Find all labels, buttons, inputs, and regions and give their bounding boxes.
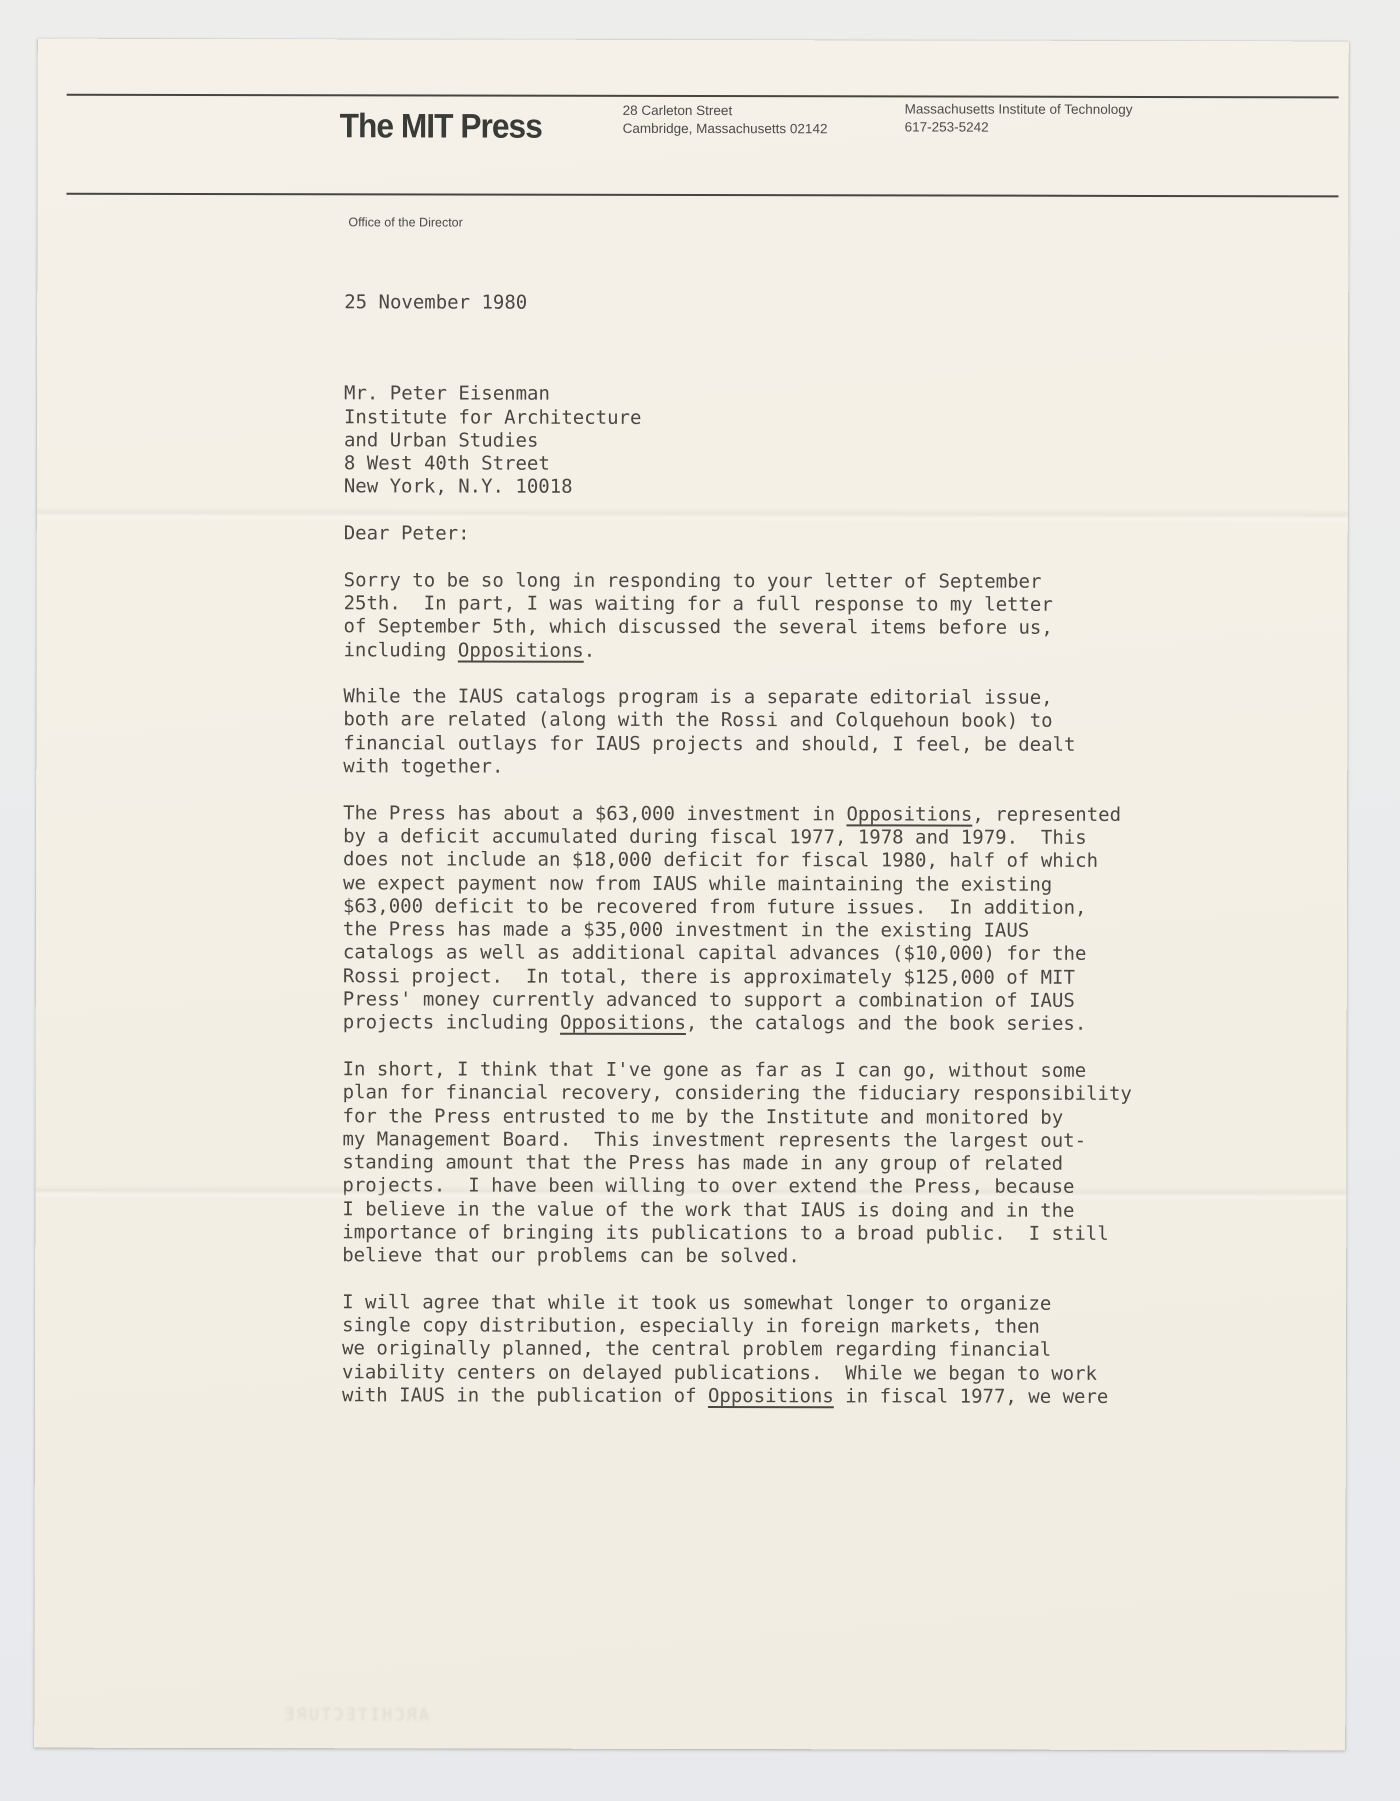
underlined-text: Oppositions xyxy=(458,639,584,661)
body-line: believe that our problems can be solved. xyxy=(342,1245,1131,1270)
body-text: we originally planned, the central probl… xyxy=(342,1338,1051,1361)
body-text: In short, I think that I've gone as far … xyxy=(343,1058,1087,1082)
body-line: Rossi project. In total, there is approx… xyxy=(343,965,1132,990)
body-line: 25th. In part, I was waiting for a full … xyxy=(344,592,1133,617)
body-text: of September 5th, which discussed the se… xyxy=(344,616,1053,639)
body-line: with together. xyxy=(343,755,1132,780)
body-text: $63,000 deficit to be recovered from fut… xyxy=(343,895,1087,919)
underlined-text: Oppositions xyxy=(708,1385,834,1407)
body-line: plan for financial recovery, considering… xyxy=(343,1081,1132,1106)
body-text: including xyxy=(343,639,457,661)
body-text: in fiscal 1977, we were xyxy=(834,1385,1109,1408)
showthrough-ghost-text: ARCHITECTURE xyxy=(282,1705,429,1725)
body-text: The Press has about a $63,000 investment… xyxy=(343,802,846,825)
body-text: my Management Board. This investment rep… xyxy=(342,1128,1086,1152)
letterhead-address: 28 Carleton Street Cambridge, Massachuse… xyxy=(623,102,828,138)
body-text: plan for financial recovery, considering… xyxy=(343,1081,1132,1105)
body-text: standing amount that the Press has made … xyxy=(342,1151,1063,1175)
letter-paragraphs: Sorry to be so long in responding to you… xyxy=(342,569,1133,1409)
letter-paper: The MIT Press 28 Carleton Street Cambrid… xyxy=(34,39,1349,1751)
underlined-text: Oppositions xyxy=(560,1012,686,1034)
letterhead-city: Cambridge, Massachusetts 02142 xyxy=(623,120,828,138)
body-text: for the Press entrusted to me by the Ins… xyxy=(343,1105,1064,1129)
body-line: we originally planned, the central probl… xyxy=(342,1338,1131,1363)
paragraph: I will agree that while it took us somew… xyxy=(342,1291,1132,1409)
body-text: single copy distribution, especially in … xyxy=(342,1314,1040,1337)
body-text: viability centers on delayed publication… xyxy=(342,1361,1097,1385)
body-line: projects. I have been willing to over ex… xyxy=(342,1175,1131,1200)
paragraph: In short, I think that I've gone as far … xyxy=(342,1058,1132,1269)
body-line: While the IAUS catalogs program is a sep… xyxy=(343,685,1132,710)
body-line: standing amount that the Press has made … xyxy=(342,1151,1131,1176)
body-text: with IAUS in the publication of xyxy=(342,1384,708,1407)
recipient-line: and Urban Studies xyxy=(344,429,1133,454)
body-line: I believe in the value of the work that … xyxy=(342,1198,1131,1223)
letterhead-institution: Massachusetts Institute of Technology 61… xyxy=(905,100,1133,136)
body-line: does not include an $18,000 deficit for … xyxy=(343,849,1132,874)
underlined-text: Oppositions xyxy=(846,803,972,825)
body-line: $63,000 deficit to be recovered from fut… xyxy=(343,895,1132,920)
letterhead-rule-top xyxy=(67,94,1339,99)
recipient-line: 8 West 40th Street xyxy=(344,452,1133,477)
body-text: financial outlays for IAUS projects and … xyxy=(343,732,1075,756)
body-text: I believe in the value of the work that … xyxy=(342,1198,1074,1222)
body-text: Sorry to be so long in responding to you… xyxy=(344,569,1042,592)
body-text: , represented xyxy=(972,803,1121,825)
body-text: importance of bringing its publications … xyxy=(342,1221,1108,1245)
mit-press-logo: The MIT Press xyxy=(340,109,542,143)
body-line: by a deficit accumulated during fiscal 1… xyxy=(343,825,1132,850)
body-text: . xyxy=(584,639,595,661)
body-line: both are related (along with the Rossi a… xyxy=(343,709,1132,734)
body-line: we expect payment now from IAUS while ma… xyxy=(343,872,1132,897)
body-line: for the Press entrusted to me by the Ins… xyxy=(343,1105,1132,1130)
recipient-line: Mr. Peter Eisenman xyxy=(344,383,1133,408)
body-text: , the catalogs and the book series. xyxy=(686,1012,1086,1035)
scanned-letter-page: The MIT Press 28 Carleton Street Cambrid… xyxy=(0,0,1400,1801)
body-text: with together. xyxy=(343,755,503,777)
recipient-line: New York, N.Y. 10018 xyxy=(344,476,1133,501)
letterhead-rule-bottom xyxy=(66,193,1338,198)
body-text: does not include an $18,000 deficit for … xyxy=(343,849,1098,873)
paragraph: While the IAUS catalogs program is a sep… xyxy=(343,685,1132,780)
body-line: In short, I think that I've gone as far … xyxy=(343,1058,1132,1083)
body-line: Press' money currently advanced to suppo… xyxy=(343,988,1132,1013)
body-text: both are related (along with the Rossi a… xyxy=(343,709,1052,732)
letter-body: 25 November 1980 Mr. Peter EisenmanInsti… xyxy=(342,291,1134,1432)
body-line: importance of bringing its publications … xyxy=(342,1221,1131,1246)
body-line: The Press has about a $63,000 investment… xyxy=(343,802,1132,827)
body-line: Sorry to be so long in responding to you… xyxy=(344,569,1133,594)
body-line: projects including Oppositions, the cata… xyxy=(343,1012,1132,1037)
body-text: Rossi project. In total, there is approx… xyxy=(343,965,1075,989)
body-text: 25th. In part, I was waiting for a full … xyxy=(344,592,1053,615)
body-line: financial outlays for IAUS projects and … xyxy=(343,732,1132,757)
body-text: by a deficit accumulated during fiscal 1… xyxy=(343,825,1087,849)
paragraph: Sorry to be so long in responding to you… xyxy=(343,569,1132,664)
recipient-block: Mr. Peter EisenmanInstitute for Architec… xyxy=(344,383,1134,501)
body-line: single copy distribution, especially in … xyxy=(342,1314,1131,1339)
paragraph: The Press has about a $63,000 investment… xyxy=(343,802,1133,1037)
body-line: with IAUS in the publication of Oppositi… xyxy=(342,1384,1131,1409)
recipient-line: Institute for Architecture xyxy=(344,406,1133,431)
salutation: Dear Peter: xyxy=(344,522,1133,547)
body-line: my Management Board. This investment rep… xyxy=(342,1128,1131,1153)
body-line: catalogs as well as additional capital a… xyxy=(343,942,1132,967)
body-line: the Press has made a $35,000 investment … xyxy=(343,918,1132,943)
letter-date: 25 November 1980 xyxy=(344,291,1133,316)
body-text: Press' money currently advanced to suppo… xyxy=(343,988,1075,1012)
letterhead-street: 28 Carleton Street xyxy=(623,102,828,120)
body-text: we expect payment now from IAUS while ma… xyxy=(343,872,1052,895)
body-line: including Oppositions. xyxy=(343,639,1132,664)
body-text: the Press has made a $35,000 investment … xyxy=(343,918,1029,941)
letterhead-org: Massachusetts Institute of Technology xyxy=(905,100,1133,118)
office-of-director-label: Office of the Director xyxy=(348,215,462,229)
body-text: projects including xyxy=(343,1012,560,1034)
body-line: of September 5th, which discussed the se… xyxy=(344,616,1133,641)
letterhead-phone: 617-253-5242 xyxy=(905,118,1133,136)
body-text: projects. I have been willing to over ex… xyxy=(342,1175,1074,1199)
body-line: viability centers on delayed publication… xyxy=(342,1361,1131,1386)
body-text: While the IAUS catalogs program is a sep… xyxy=(343,685,1052,708)
body-text: catalogs as well as additional capital a… xyxy=(343,942,1087,966)
body-text: I will agree that while it took us somew… xyxy=(342,1291,1051,1314)
body-text: believe that our problems can be solved. xyxy=(342,1245,800,1268)
body-line: I will agree that while it took us somew… xyxy=(342,1291,1131,1316)
